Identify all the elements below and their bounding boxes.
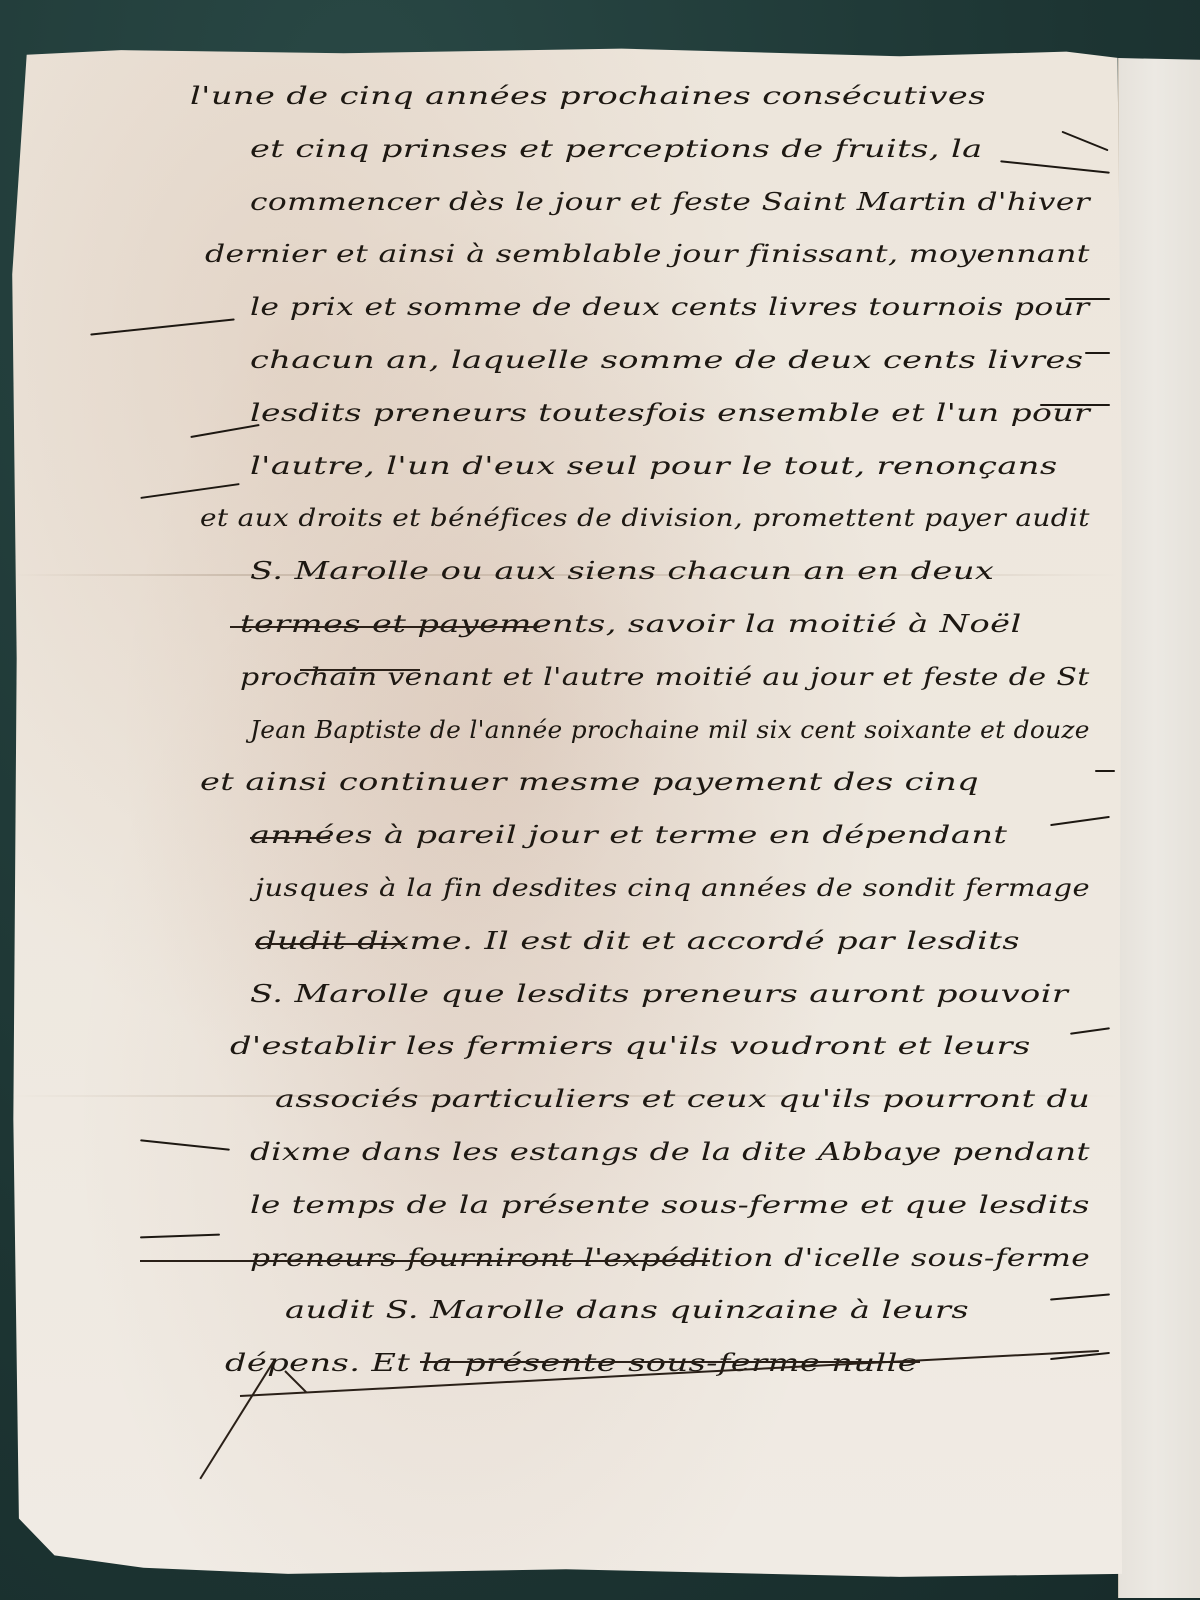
strikethrough bbox=[230, 626, 540, 628]
text-line: termes et payements, savoir la moitié à … bbox=[190, 598, 1120, 651]
text-line: chacun an, laquelle somme de deux cents … bbox=[190, 334, 1120, 387]
text-line: d'establir les fermiers qu'ils voudront … bbox=[190, 1020, 1120, 1073]
strikethrough bbox=[250, 837, 330, 839]
text-line: l'une de cinq années prochaines consécut… bbox=[190, 70, 1120, 123]
text-line: dudit dixme. Il est dit et accordé par l… bbox=[190, 915, 1120, 968]
text-line: S. Marolle que lesdits preneurs auront p… bbox=[190, 968, 1120, 1021]
text-line: dépens. Et la présente sous-ferme nulle bbox=[190, 1337, 1120, 1390]
text-line: dixme dans les estangs de la dite Abbaye… bbox=[190, 1126, 1120, 1179]
strikethrough bbox=[300, 669, 420, 671]
manuscript-text: l'une de cinq années prochaines consécut… bbox=[190, 70, 1120, 1390]
text-line: années à pareil jour et terme en dépenda… bbox=[190, 809, 1120, 862]
text-line: prochain venant et l'autre moitié au jou… bbox=[190, 651, 1120, 704]
text-line: Jean Baptiste de l'année prochaine mil s… bbox=[190, 704, 1120, 757]
text-line: jusques à la fin desdites cinq années de… bbox=[190, 862, 1120, 915]
text-line: le prix et somme de deux cents livres to… bbox=[190, 281, 1120, 334]
text-line: l'autre, l'un d'eux seul pour le tout, r… bbox=[190, 440, 1120, 493]
facing-page-edge bbox=[1118, 58, 1200, 1598]
text-line: lesdits preneurs toutesfois ensemble et … bbox=[190, 387, 1120, 440]
text-line: associés particuliers et ceux qu'ils pou… bbox=[190, 1073, 1120, 1126]
strikethrough bbox=[140, 1260, 710, 1262]
text-line: audit S. Marolle dans quinzaine à leurs bbox=[190, 1284, 1120, 1337]
text-line: le temps de la présente sous-ferme et qu… bbox=[190, 1179, 1120, 1232]
text-line: et ainsi continuer mesme payement des ci… bbox=[190, 756, 1120, 809]
text-line: et aux droits et bénéfices de division, … bbox=[190, 492, 1120, 545]
text-line: dernier et ainsi à semblable jour finiss… bbox=[190, 228, 1120, 281]
text-line: preneurs fourniront l'expédition d'icell… bbox=[190, 1232, 1120, 1285]
text-line: et cinq prinses et perceptions de fruits… bbox=[190, 123, 1120, 176]
strikethrough bbox=[255, 943, 405, 945]
text-line: commencer dès le jour et feste Saint Mar… bbox=[190, 176, 1120, 229]
text-line: S. Marolle ou aux siens chacun an en deu… bbox=[190, 545, 1120, 598]
